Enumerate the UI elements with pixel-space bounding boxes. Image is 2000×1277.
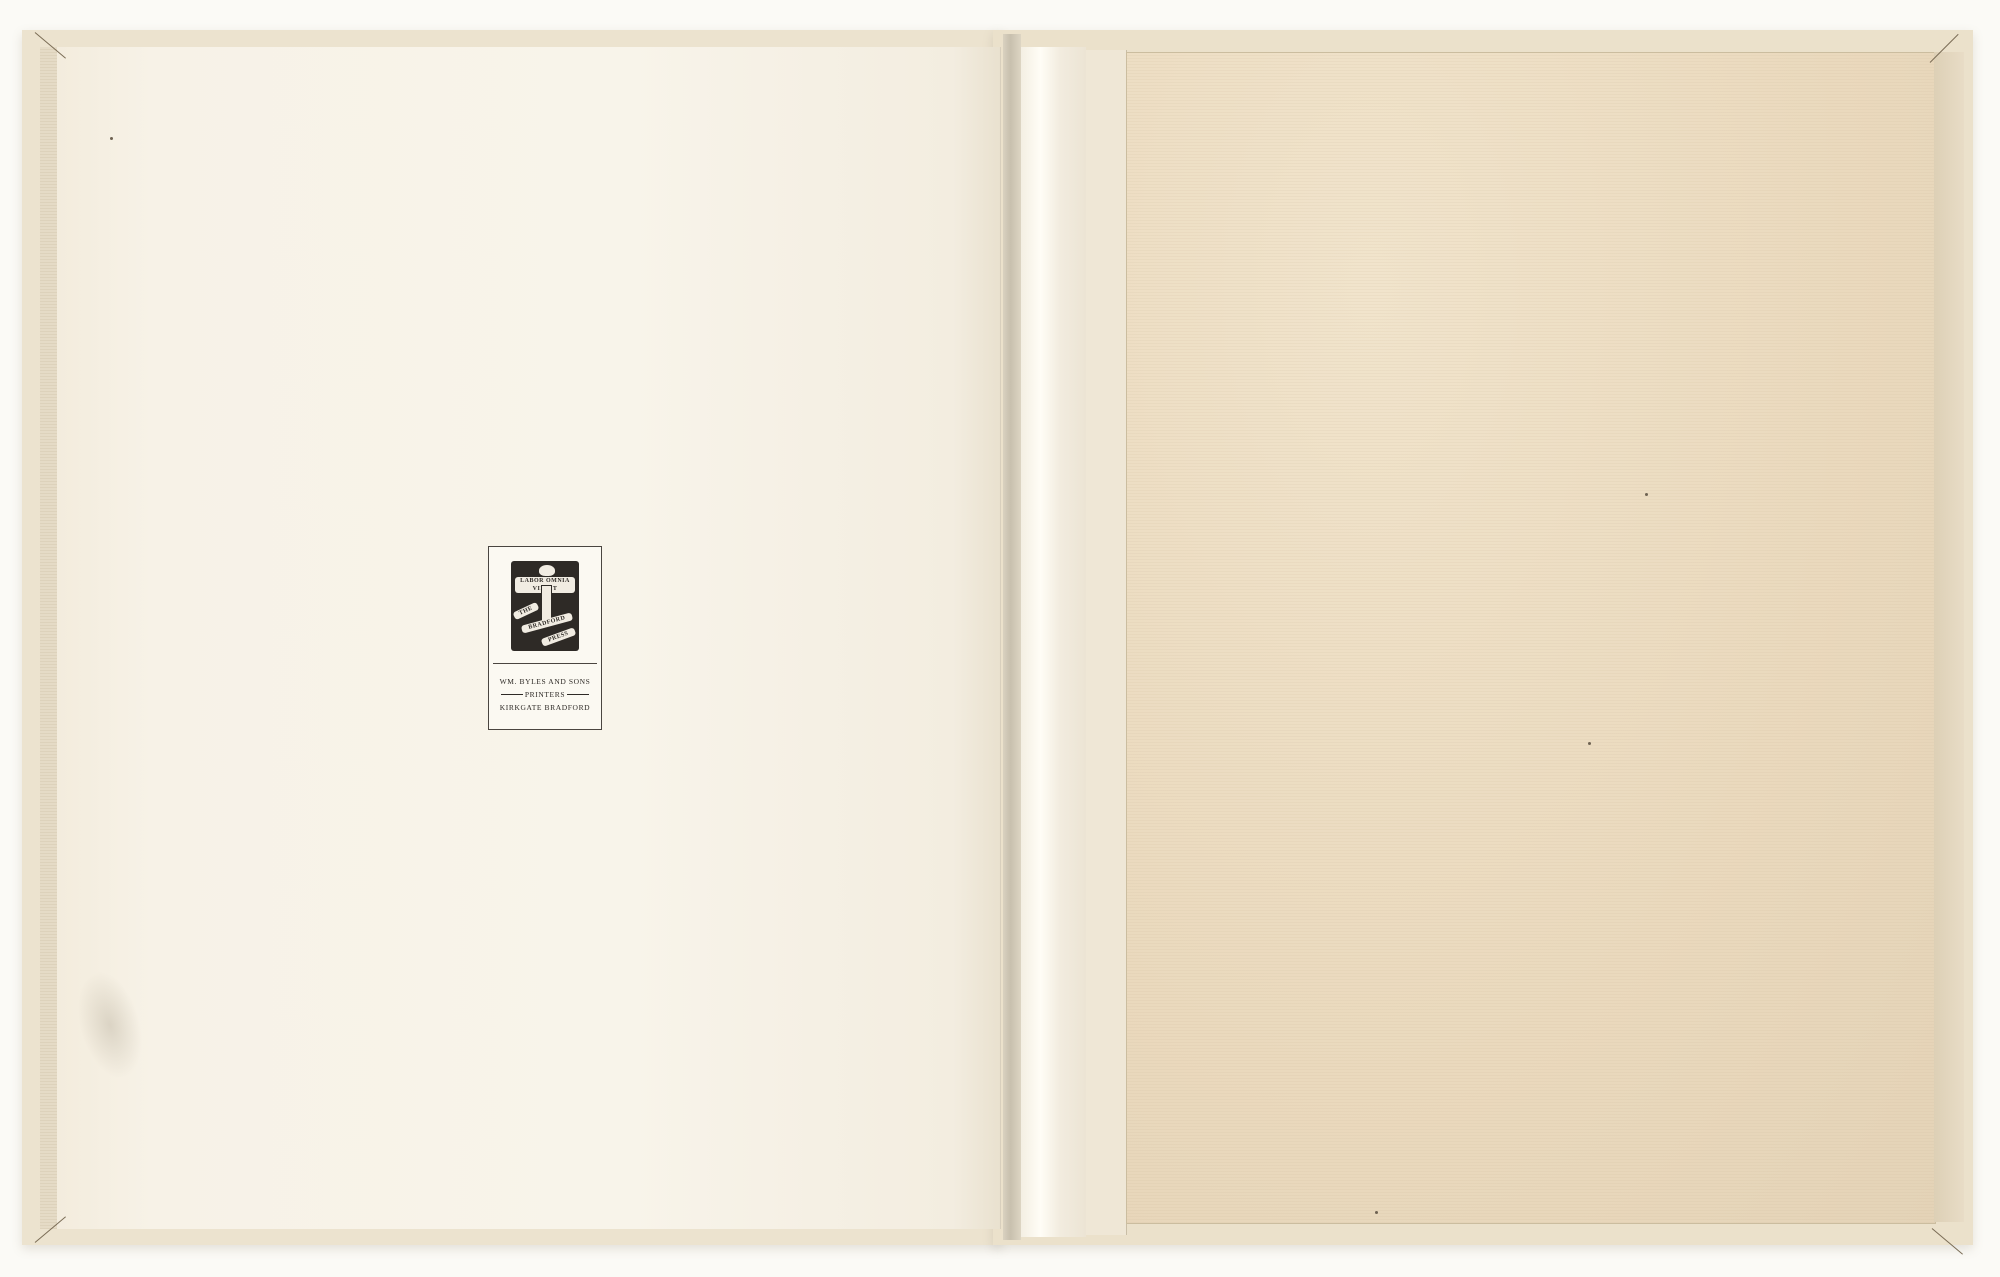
- colophon-divider: [493, 663, 597, 664]
- imprint-line: KIRKGATE BRADFORD: [489, 701, 601, 714]
- speck: [1645, 493, 1648, 496]
- hinge-turnin: [1086, 50, 1127, 1235]
- rule-dash: [501, 694, 523, 695]
- imprint-line-rule: PRINTERS: [489, 688, 601, 701]
- speck: [110, 137, 113, 140]
- right-endpaper: [1126, 52, 1936, 1224]
- hinge-strip: [1021, 47, 1086, 1237]
- imprint-line: PRINTERS: [525, 688, 565, 701]
- printer-imprint: WM. BYLES AND SONS PRINTERS KIRKGATE BRA…: [489, 675, 601, 714]
- speck: [1588, 742, 1591, 745]
- spine-gutter: [1003, 34, 1021, 1240]
- bird-icon: [539, 565, 555, 576]
- printers-device-emblem: LABOR OMNIA VINCIT THE BRADFORD PRESS: [511, 561, 579, 651]
- device-banner: PRESS: [541, 627, 577, 646]
- rule-dash: [567, 694, 589, 695]
- device-banner: THE: [513, 602, 540, 620]
- printers-colophon: LABOR OMNIA VINCIT THE BRADFORD PRESS WM…: [488, 546, 602, 730]
- left-cloth-edge: [40, 47, 57, 1229]
- speck: [1375, 1211, 1378, 1214]
- imprint-line: WM. BYLES AND SONS: [489, 675, 601, 688]
- right-cloth-edge: [1934, 52, 1964, 1222]
